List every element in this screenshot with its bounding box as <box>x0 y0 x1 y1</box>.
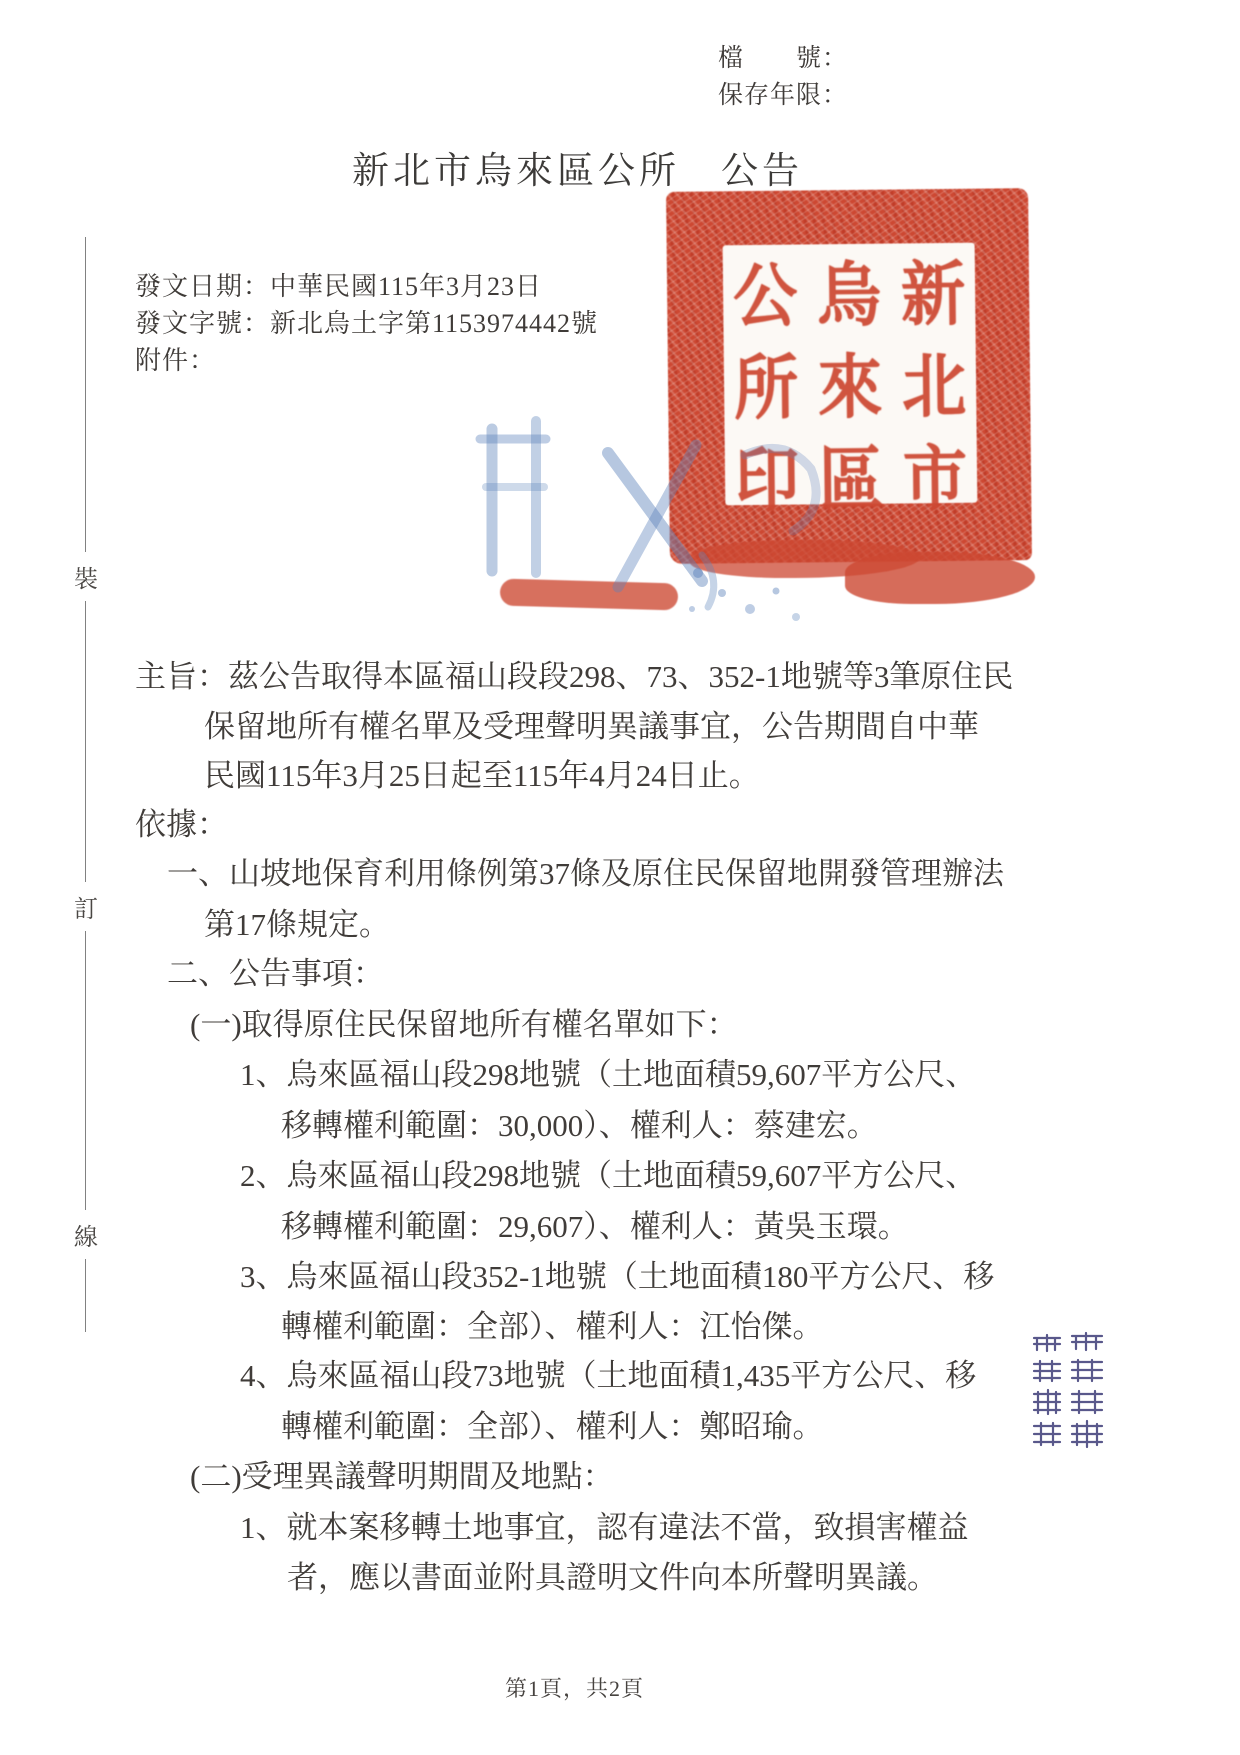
attachment-label: 附件： <box>135 342 598 379</box>
body-line: 轉權利範圍：全部）、權利人：江怡傑。 <box>281 1305 824 1349</box>
seal-character: 市 <box>893 423 978 523</box>
faded-blue-stamp <box>440 395 880 635</box>
body-line: (一)取得原住民保留地所有權名單如下： <box>190 1003 738 1047</box>
scanned-announcement-page: 檔 號： 保存年限： 新北市烏來區公所 公告 發文日期：中華民國115年3月23… <box>0 0 1240 1755</box>
body-line: 第17條規定。 <box>204 903 390 947</box>
seal-character: 北 <box>892 331 977 431</box>
body-line: 主旨：茲公告取得本區福山段段298、73、352-1地號等3筆原住民 <box>135 655 1013 699</box>
body-line: 移轉權利範圍：30,000）、權利人：蔡建宏。 <box>281 1104 878 1148</box>
seal-character: 公 <box>723 241 808 341</box>
seal-character: 烏 <box>807 240 892 340</box>
body-line: 3、烏來區福山段352-1地號（土地面積180平方公尺、移 <box>240 1255 994 1299</box>
body-line: (二)受理異議聲明期間及地點： <box>190 1455 614 1499</box>
body-line: 1、就本案移轉土地事宜，認有違法不當，致損害權益 <box>240 1506 969 1550</box>
body-line: 1、烏來區福山段298地號（土地面積59,607平方公尺、 <box>240 1053 976 1097</box>
body-line: 者，應以書面並附具證明文件向本所聲明異議。 <box>287 1556 938 1600</box>
binding-mark-ding: 訂 <box>71 882 101 931</box>
issue-date: 發文日期：中華民國115年3月23日 <box>135 268 598 305</box>
body-line: 民國115年3月25日起至115年4月24日止。 <box>204 754 760 798</box>
body-line: 保留地所有權名單及受理聲明異議事宜，公告期間自中華 <box>204 705 979 749</box>
body-line: 4、烏來區福山段73地號（土地面積1,435平方公尺、移 <box>240 1354 976 1398</box>
issuing-meta: 發文日期：中華民國115年3月23日 發文字號：新北烏土字第1153974442… <box>135 268 598 379</box>
certification-stamp <box>1026 1330 1110 1450</box>
body-line: 二、公告事項： <box>167 952 384 996</box>
body-line: 轉權利範圍：全部）、權利人：鄭昭瑜。 <box>281 1405 824 1449</box>
archival-refs: 檔 號： 保存年限： <box>718 40 848 114</box>
page-title: 新北市烏來區公所 公告 <box>352 140 803 194</box>
page-number: 第1頁，共2頁 <box>505 1672 644 1703</box>
binding-mark-zhuang: 裝 <box>71 552 101 601</box>
body-line: 一、山坡地保育利用條例第37條及原住民保留地開發管理辦法 <box>167 852 1004 896</box>
body-line: 移轉權利範圍：29,607）、權利人：黃吳玉環。 <box>281 1205 909 1249</box>
retention-period-label: 保存年限： <box>718 77 848 114</box>
binding-mark-xian: 線 <box>71 1210 101 1259</box>
body-line: 2、烏來區福山段298地號（土地面積59,607平方公尺、 <box>240 1154 976 1198</box>
body-line: 依據： <box>135 803 228 847</box>
file-number-label: 檔 號： <box>718 40 848 77</box>
seal-character: 新 <box>891 239 976 339</box>
doc-number: 發文字號：新北烏土字第1153974442號 <box>135 305 598 342</box>
binding-line <box>85 237 86 1332</box>
